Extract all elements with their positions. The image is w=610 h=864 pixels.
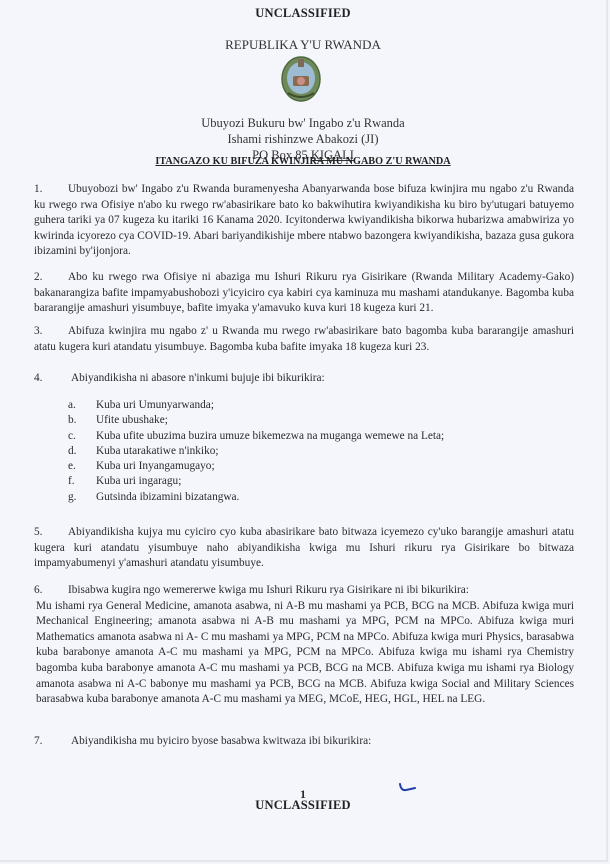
document-title: ITANGAZO KU BIFUZA KWINJIRA MU NGABO Z'U… [0,156,606,167]
paragraph-text: Abiyandikisha mu byiciro byose basabwa k… [71,735,371,747]
classification-top: UNCLASSIFIED [0,6,606,21]
document-page: UNCLASSIFIED REPUBLIKA Y'U RWANDA Ubuyoz… [0,0,608,862]
paragraph-3: 3.Abifuza kwinjira mu ngabo z' u Rwanda … [34,324,574,355]
list-item: e.Kuba uri Inyangamugayo; [68,459,444,474]
paragraph-4: 4.Abiyandikisha ni abasore n'inkumi buju… [34,372,325,384]
list-item: g.Gutsinda ibizamini bizatangwa. [68,490,444,505]
paragraph-2: 2.Abo ku rwego rwa Ofisiye ni abaziga mu… [34,270,574,317]
requirements-list: a.Kuba uri Umunyarwanda; b.Ufite ubushak… [68,398,444,505]
list-item: c.Kuba ufite ubuzima buzira umuze bikeme… [68,429,444,444]
address-line: Ishami rishinzwe Abakozi (JI) [0,131,606,147]
paragraph-1: 1.Ubuyobozi bw' Ingabo z'u Rwanda burame… [34,182,574,260]
classification-bottom: UNCLASSIFIED [0,798,606,813]
paragraph-text: Abiyandikisha kujya mu cyiciro cyo kuba … [34,526,574,569]
paragraph-number: 6. [34,583,68,599]
coat-of-arms-icon [280,55,322,103]
list-item: f.Kuba uri ingaragu; [68,474,444,489]
paragraph-number: 4. [34,372,71,384]
list-item: b.Ufite ubushake; [68,413,444,428]
paragraph-number: 2. [34,270,68,286]
paragraph-6: 6.Ibisabwa kugira ngo wemererwe kwiga mu… [34,583,574,708]
paragraph-number: 7. [34,735,71,747]
paragraph-text: Abiyandikisha ni abasore n'inkumi bujuje… [71,372,325,384]
paragraph-7: 7.Abiyandikisha mu byiciro byose basabwa… [34,735,371,747]
list-item: a.Kuba uri Umunyarwanda; [68,398,444,413]
paragraph-text: Abo ku rwego rwa Ofisiye ni abaziga mu I… [34,271,574,314]
republic-name: REPUBLIKA Y'U RWANDA [0,37,606,53]
paragraph-text: Abifuza kwinjira mu ngabo z' u Rwanda mu… [34,325,574,353]
paragraph-number: 3. [34,324,68,340]
address-line: Ubuyozi Bukuru bw' Ingabo z'u Rwanda [0,115,606,131]
paragraph-5: 5.Abiyandikisha kujya mu cyiciro cyo kub… [34,525,574,572]
paragraph-6-body: Mu ishami rya General Medicine, amanota … [34,599,574,708]
paragraph-text: Ibisabwa kugira ngo wemererwe kwiga mu I… [68,584,469,596]
list-item: d.Kuba utarakatiwe n'inkiko; [68,444,444,459]
paragraph-text: Ubuyobozi bw' Ingabo z'u Rwanda burameny… [34,183,574,257]
paragraph-number: 1. [34,182,68,198]
paragraph-number: 5. [34,525,68,541]
